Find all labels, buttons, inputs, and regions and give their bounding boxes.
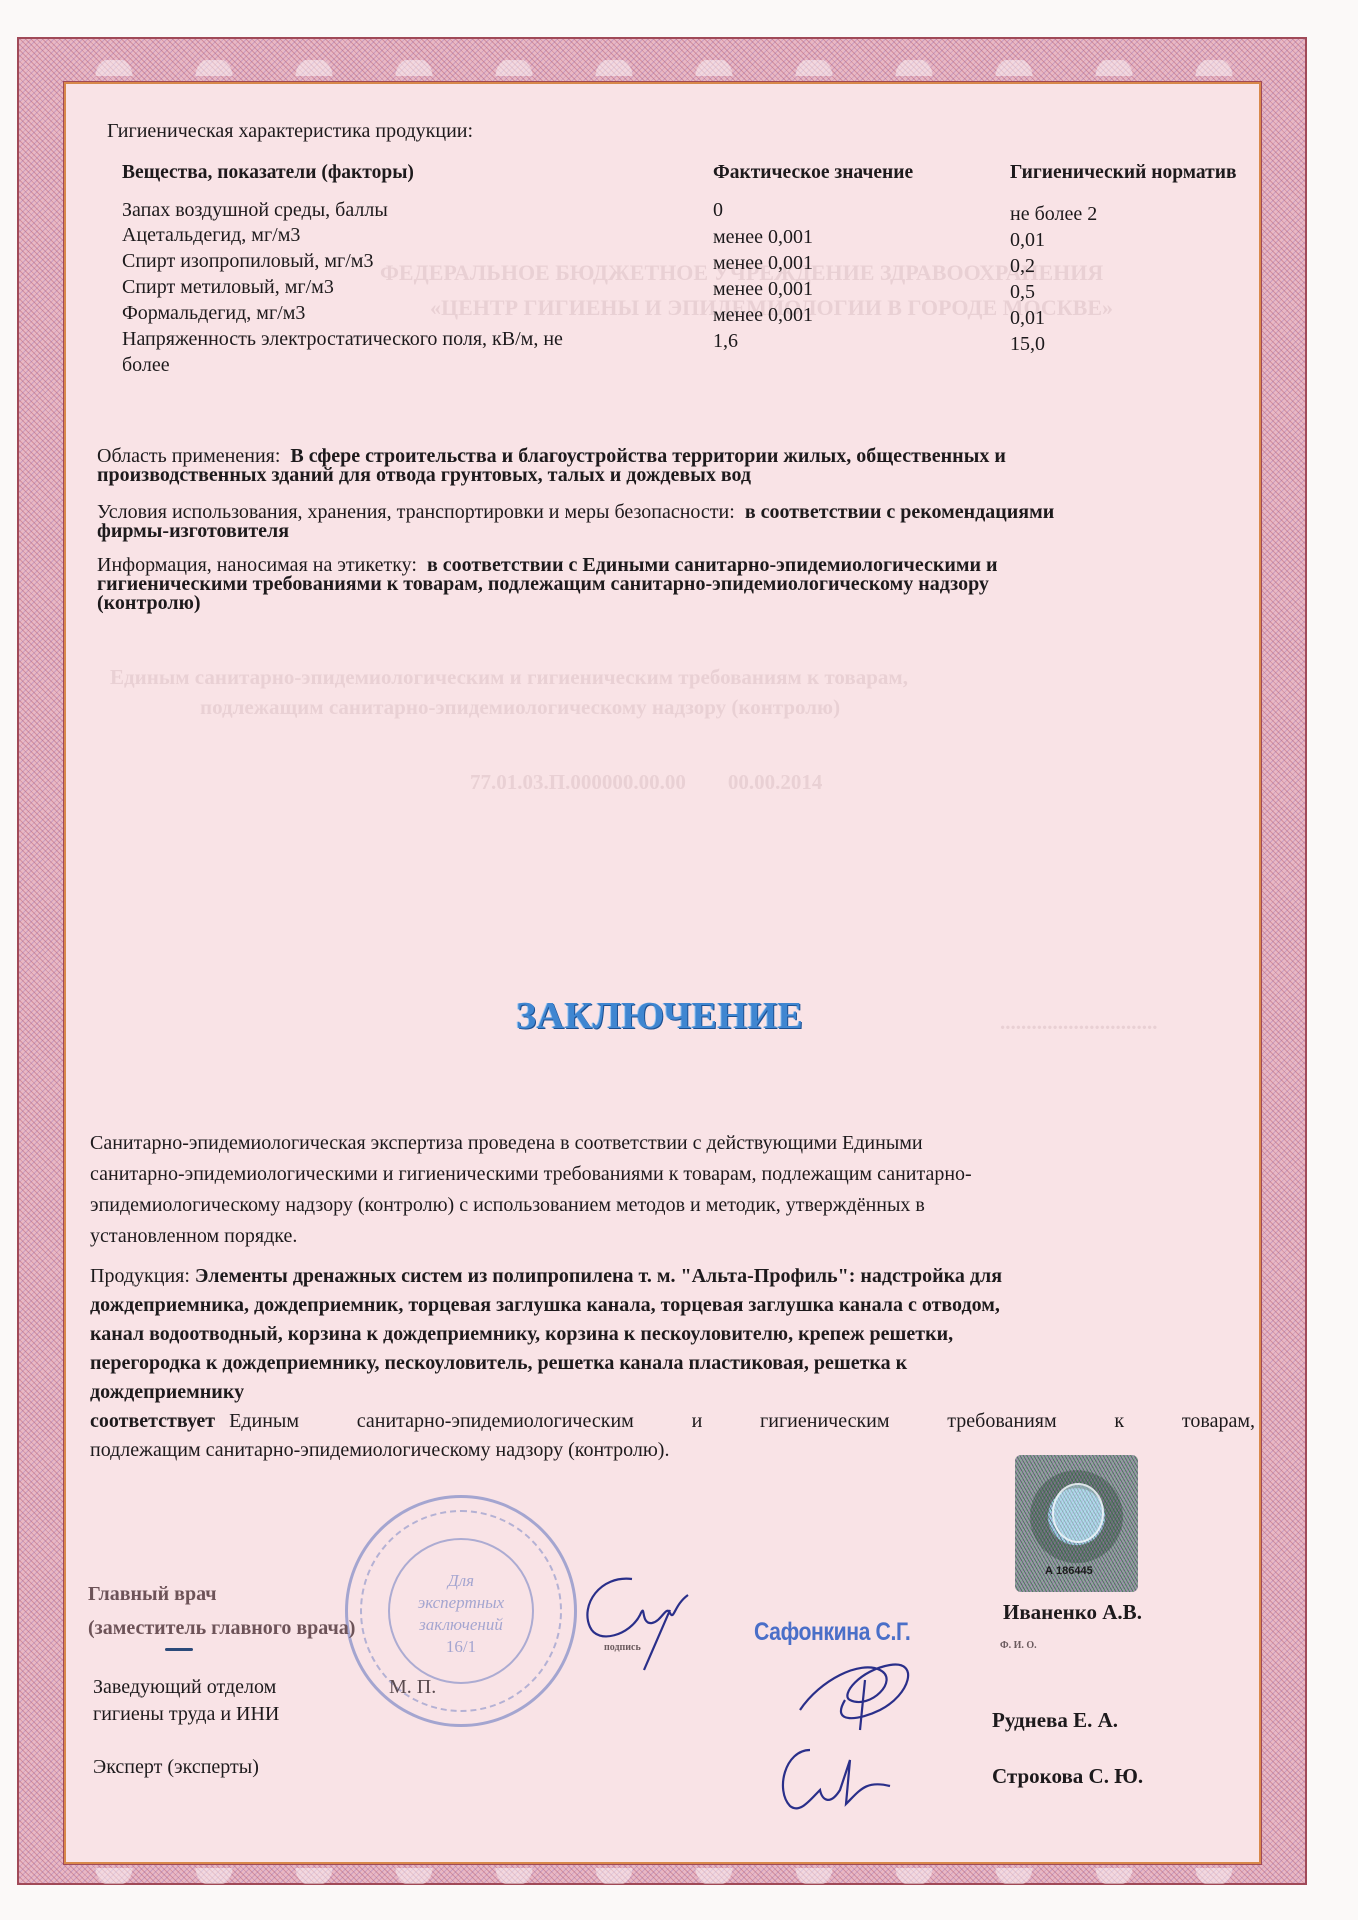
column-header-norm: Гигиенический норматив (1010, 160, 1237, 186)
seal-line: экспертных (348, 1592, 574, 1614)
seal-text: Для экспертных заключений 16/1 (348, 1570, 574, 1658)
chief-signature-icon (570, 1565, 720, 1675)
cell-norm: 0,2 (1010, 253, 1035, 279)
expert-label: Эксперт (эксперты) (93, 1756, 259, 1779)
text-line: установленном порядке. (90, 1221, 1255, 1252)
product-value-cont: дождеприемнику (90, 1378, 1255, 1407)
hologram-sticker: А 186445 (1015, 1455, 1138, 1592)
head-dept-name: Руднева Е. А. (992, 1708, 1118, 1733)
label-info-field: Информация, наносимая на этикетку: в соо… (97, 556, 1257, 613)
cell-factor: Формальдегид, мг/м3 (122, 300, 305, 326)
column-header-factor: Вещества, показатели (факторы) (122, 160, 414, 186)
hygiene-intro: Гигиеническая характеристика продукции: (107, 118, 473, 144)
column-header-actual: Фактическое значение (713, 160, 913, 186)
cell-factor: Спирт метиловый, мг/м3 (122, 274, 334, 300)
cell-actual: менее 0,001 (713, 276, 813, 302)
chief-title: Главный врач (88, 1583, 217, 1606)
cell-factor: Спирт изопропиловый, мг/м3 (122, 248, 373, 274)
cell-norm: 0,5 (1010, 279, 1035, 305)
conditions-value: в соответствии с рекомендациями (745, 501, 1054, 523)
label-info-value-cont2: (контролю) (97, 594, 1257, 613)
official-seal: Для экспертных заключений 16/1 (345, 1495, 577, 1727)
seal-line: заключений (348, 1614, 574, 1636)
text-line: эпидемиологическому надзору (контролю) с… (90, 1190, 1255, 1221)
cell-actual: менее 0,001 (713, 250, 813, 276)
application-value-cont: производственных зданий для отвода грунт… (97, 466, 1257, 485)
conclusion-title: ЗАКЛЮЧЕНИЕ (516, 994, 803, 1038)
complies-text: Единым санитарно-эпидемиологическим и ги… (229, 1407, 1255, 1436)
chief-name: Иваненко А.В. (1003, 1600, 1142, 1625)
cell-norm: 0,01 (1010, 305, 1045, 331)
head-dept-title-sub: гигиены труда и ИНИ (93, 1703, 279, 1726)
cell-factor: Ацетальдегид, мг/м3 (122, 222, 300, 248)
head-dept-signature-icon (790, 1640, 940, 1740)
label-info-value-cont: гигиеническими требованиями к товарам, п… (97, 575, 1257, 594)
product-value-cont: дождеприемника, дождеприемник, торцевая … (90, 1291, 1255, 1320)
chief-title-sub: (заместитель главного врача) (88, 1617, 355, 1640)
cell-actual: 1,6 (713, 328, 738, 354)
cell-factor: Запах воздушной среды, баллы (122, 197, 388, 223)
cell-norm: 15,0 (1010, 331, 1045, 357)
conditions-field: Условия использования, хранения, транспо… (97, 503, 1257, 541)
text-line: санитарно-эпидемиологическими и гигиенич… (90, 1159, 1255, 1190)
cell-norm: не более 2 (1010, 201, 1097, 227)
seal-line: Для (348, 1570, 574, 1592)
complies-line: соответствует Единым санитарно-эпидемиол… (90, 1407, 1255, 1436)
head-dept-title: Заведующий отделом (93, 1676, 276, 1699)
product-value-cont: канал водоотводный, корзина к дождеприем… (90, 1320, 1255, 1349)
product-value-cont: перегородка к дождеприемнику, пескоулови… (90, 1349, 1255, 1378)
cell-norm: 0,01 (1010, 227, 1045, 253)
cell-actual: 0 (713, 197, 723, 223)
cell-actual: менее 0,001 (713, 224, 813, 250)
seal-place-label: М. П. (389, 1676, 436, 1699)
cell-factor-cont: более (122, 352, 170, 378)
seal-number: 16/1 (348, 1636, 574, 1658)
hologram-serial: А 186445 (1045, 1565, 1093, 1577)
cell-actual: менее 0,001 (713, 302, 813, 328)
ink-mark (165, 1648, 193, 1651)
complies-word: соответствует (90, 1407, 215, 1436)
cell-factor: Напряженность электростатического поля, … (122, 326, 563, 352)
text-line: Санитарно-эпидемиологическая экспертиза … (90, 1128, 1255, 1159)
border-wave-bottom (64, 1868, 1261, 1884)
fio-caption: Ф. И. О. (1000, 1640, 1037, 1651)
product-paragraph: Продукция: Элементы дренажных систем из … (90, 1262, 1255, 1465)
emblem-icon (1052, 1483, 1104, 1543)
expert-signature-icon (770, 1740, 920, 1820)
product-value: Элементы дренажных систем из полипропиле… (195, 1265, 1002, 1287)
conditions-value-cont: фирмы-изготовителя (97, 522, 1257, 541)
expertise-paragraph: Санитарно-эпидемиологическая экспертиза … (90, 1128, 1255, 1252)
product-label: Продукция: (90, 1265, 190, 1287)
border-wave-top (64, 60, 1261, 76)
application-field: Область применения: В сфере строительств… (97, 447, 1257, 485)
expert-name: Строкова С. Ю. (992, 1764, 1143, 1789)
